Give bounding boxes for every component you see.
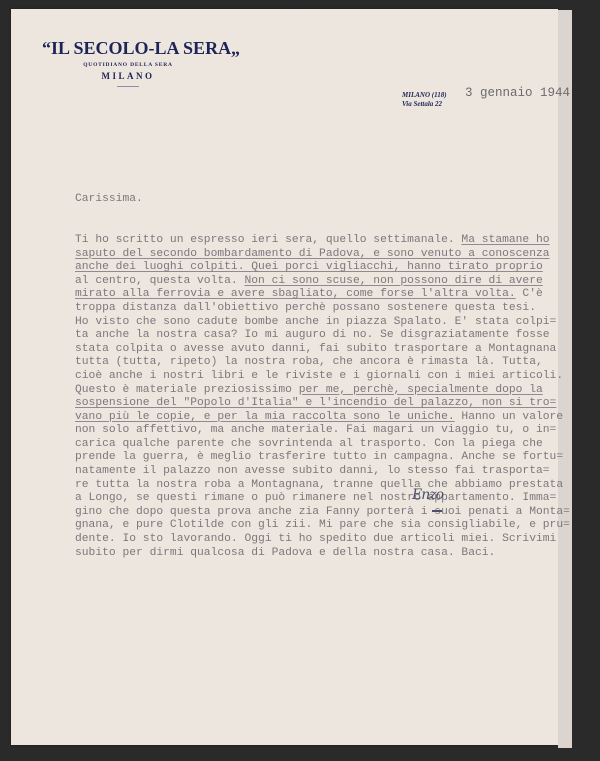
line-text: Hanno un valore [455, 411, 563, 423]
letter-line: troppa distanza dall'obiettivo perchè po… [75, 302, 575, 316]
letter-line: mirato alla ferrovia e avere sbagliato, … [75, 288, 575, 302]
line-text: Questo è materiale preziosissimo [75, 384, 299, 396]
letter-line: prende la guerra, è meglio trasferire tu… [75, 451, 575, 465]
line-text: cioè anche i nostri libri e le riviste e… [75, 370, 563, 382]
address-line-1: MILANO (118) [402, 91, 447, 100]
letterhead-subtitle: QUOTIDIANO DELLA SERA [48, 62, 208, 68]
underlined-text: sospensione del "Popolo d'Italia" e l'in… [75, 397, 556, 409]
underlined-text: Ma stamane ho [461, 234, 549, 246]
line-text: non solo affettivo, ma anche materiale. … [75, 424, 556, 436]
letter-line: sospensione del "Popolo d'Italia" e l'in… [75, 397, 575, 411]
letter-line: Questo è materiale preziosissimo per me,… [75, 384, 575, 398]
signature: Enzo [412, 487, 443, 503]
line-text: prende la guerra, è meglio trasferire tu… [75, 451, 563, 463]
underlined-text: mirato alla ferrovia e avere sbagliato, … [75, 288, 516, 300]
line-text: re tutta la nostra roba a Montagnana, tr… [75, 479, 563, 491]
line-text: stata colpita o avesse avuto danni, fai … [75, 343, 556, 355]
letter-body: Carissima. Ti ho scritto un espresso ier… [75, 166, 575, 574]
underlined-text: Non ci sono scuse, non possono dire di a… [244, 275, 542, 287]
letter-line: gnana, e pure Clotilde con gli zii. Mi p… [75, 519, 575, 533]
letter-line: tutta (tutta, ripeto) la nostra roba, ch… [75, 356, 575, 370]
letterhead: “IL SECOLO-LA SERA„ QUOTIDIANO DELLA SER… [48, 38, 208, 87]
letter-line: non solo affettivo, ma anche materiale. … [75, 424, 575, 438]
letter-line: Ti ho scritto un espresso ieri sera, que… [75, 234, 575, 248]
letter-line: a Longo, se questi rimane o può rimanere… [75, 492, 575, 506]
letter-line: anche dei luoghi colpiti. Quei porci vig… [75, 261, 575, 275]
underlined-text: saputo del secondo bombardamento di Pado… [75, 248, 550, 260]
letter-line: al centro, questa volta. Non ci sono scu… [75, 275, 575, 289]
letter-date: 3 gennaio 1944 [465, 86, 570, 100]
line-text: Ti ho scritto un espresso ieri sera, que… [75, 234, 461, 246]
letter-line: cioè anche i nostri libri e le riviste e… [75, 370, 575, 384]
letterhead-title: “IL SECOLO-LA SERA„ [42, 38, 208, 59]
line-text: dente. Io sto lavorando. Oggi ti ho sped… [75, 533, 556, 545]
line-text: Ho visto che sono cadute bombe anche in … [75, 316, 556, 328]
underlined-text: vano più le copie, e per la mia raccolta… [75, 411, 455, 423]
letterhead-divider [117, 86, 139, 87]
letter-line: vano più le copie, e per la mia raccolta… [75, 411, 575, 425]
letter-line: ta anche la nostra casa? Io mi auguro di… [75, 329, 575, 343]
letter-line: gino che dopo questa prova anche zia Fan… [75, 506, 575, 520]
line-text: subito per dirmi qualcosa di Padova e de… [75, 547, 495, 559]
letter-line: subito per dirmi qualcosa di Padova e de… [75, 547, 575, 561]
underlined-text: per me, perchè, specialmente dopo la [299, 384, 543, 396]
letter-lines: Ti ho scritto un espresso ieri sera, que… [75, 234, 575, 560]
line-text: ta anche la nostra casa? Io mi auguro di… [75, 329, 550, 341]
line-text: natamente il palazzo non avesse subito d… [75, 465, 550, 477]
line-text: gino che dopo questa prova anche zia Fan… [75, 506, 570, 518]
letter-line: natamente il palazzo non avesse subito d… [75, 465, 575, 479]
letterhead-city: MILANO [48, 71, 208, 81]
line-text: gnana, e pure Clotilde con gli zii. Mi p… [75, 519, 570, 531]
letter-line: carica qualche parente che sovrintenda a… [75, 438, 575, 452]
line-text: carica qualche parente che sovrintenda a… [75, 438, 543, 450]
line-text: tutta (tutta, ripeto) la nostra roba, ch… [75, 356, 543, 368]
underlined-text: anche dei luoghi colpiti. Quei porci vig… [75, 261, 543, 273]
letterhead-address: MILANO (118) Via Settala 22 [402, 91, 447, 109]
salutation: Carissima. [75, 193, 575, 207]
address-line-2: Via Settala 22 [402, 100, 447, 109]
line-text: al centro, questa volta. [75, 275, 244, 287]
signature-underline [432, 510, 442, 512]
letter-line: Ho visto che sono cadute bombe anche in … [75, 316, 575, 330]
letter-line: saputo del secondo bombardamento di Pado… [75, 248, 575, 262]
letter-line: stata colpita o avesse avuto danni, fai … [75, 343, 575, 357]
line-text: troppa distanza dall'obiettivo perchè po… [75, 302, 536, 314]
letter-line: re tutta la nostra roba a Montagnana, tr… [75, 479, 575, 493]
letter-line: dente. Io sto lavorando. Oggi ti ho sped… [75, 533, 575, 547]
line-text: a Longo, se questi rimane o può rimanere… [75, 492, 556, 504]
line-text: C'è [516, 288, 543, 300]
